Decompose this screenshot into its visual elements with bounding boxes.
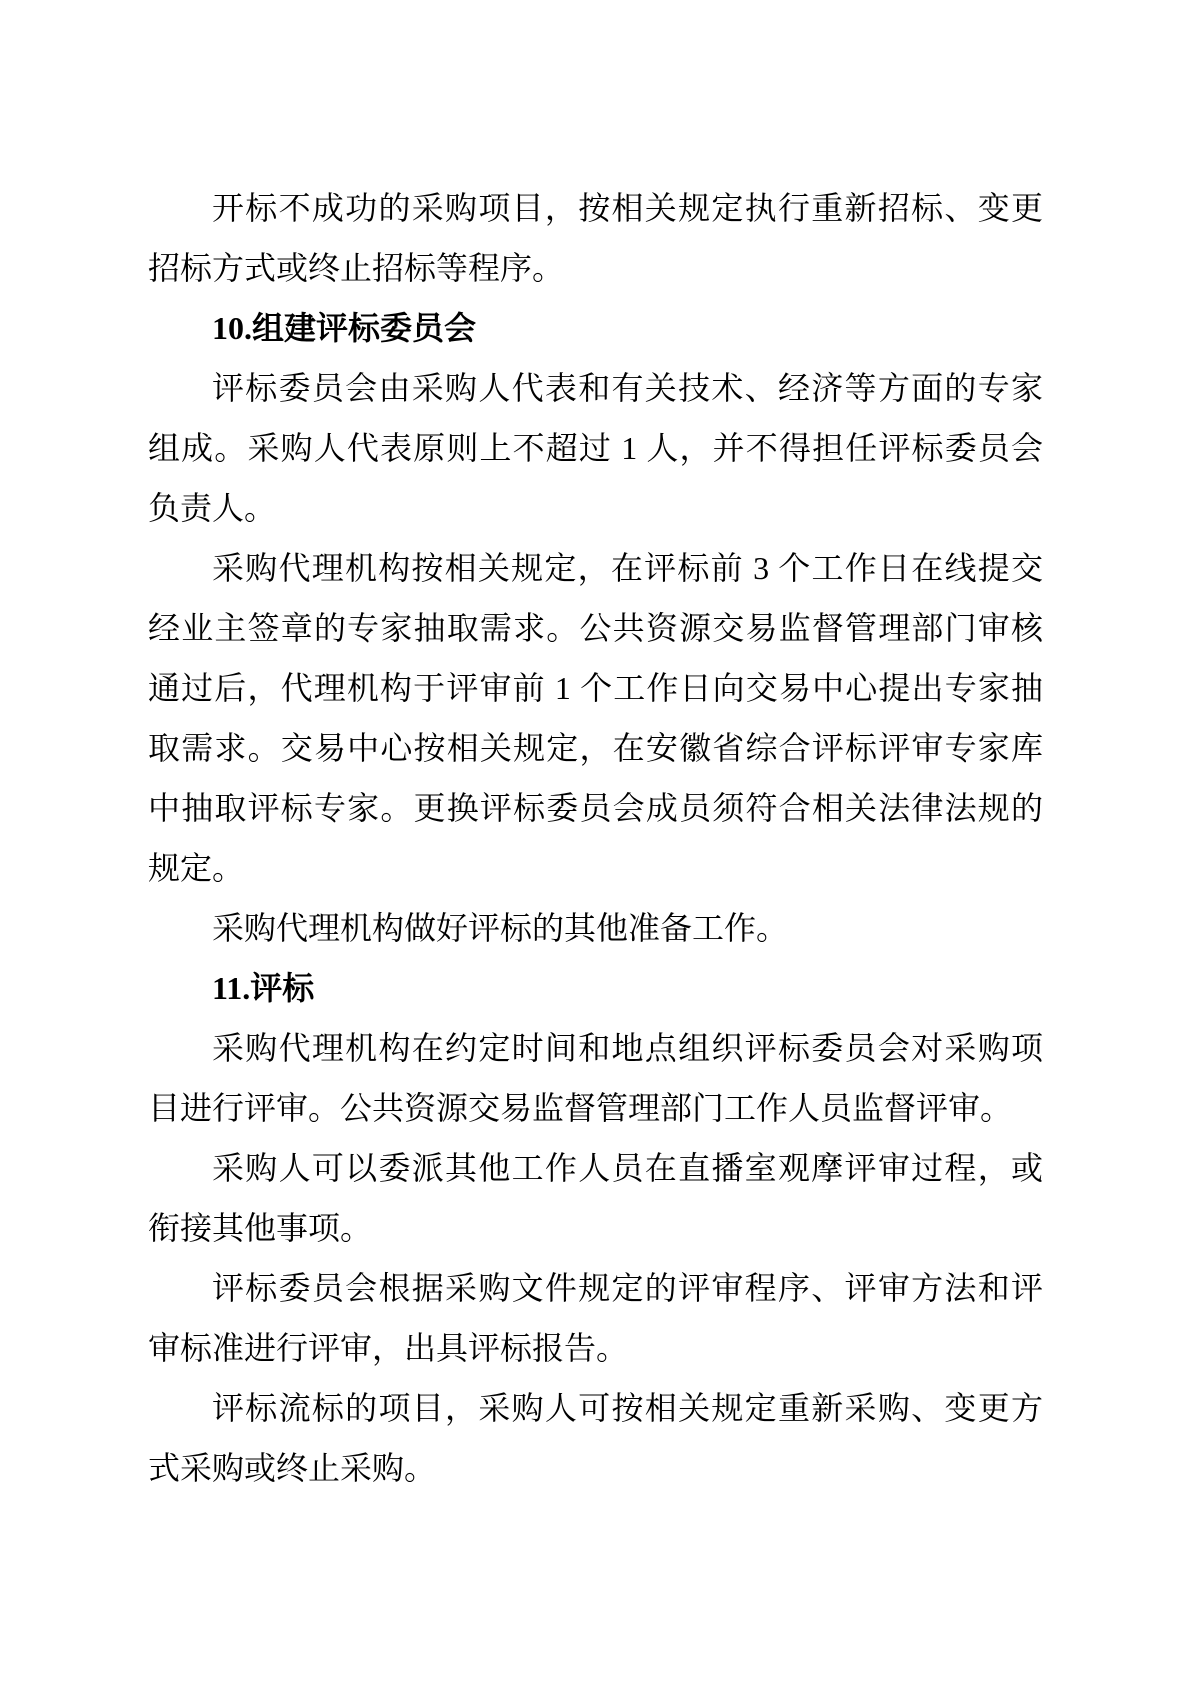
paragraph-failed-evaluation: 评标流标的项目，采购人可按相关规定重新采购、变更方式采购或终止采购。: [148, 1378, 1043, 1498]
paragraph-other-preparation: 采购代理机构做好评标的其他准备工作。: [148, 898, 1043, 958]
paragraph-committee-composition: 评标委员会由采购人代表和有关技术、经济等方面的专家组成。采购人代表原则上不超过 …: [148, 358, 1043, 538]
paragraph-evaluation-organization: 采购代理机构在约定时间和地点组织评标委员会对采购项目进行评审。公共资源交易监督管…: [148, 1018, 1043, 1138]
document-body: 开标不成功的采购项目，按相关规定执行重新招标、变更招标方式或终止招标等程序。 1…: [148, 178, 1043, 1498]
paragraph-rebid-procedure: 开标不成功的采购项目，按相关规定执行重新招标、变更招标方式或终止招标等程序。: [148, 178, 1043, 298]
section-heading-10-form-committee: 10.组建评标委员会: [148, 298, 1043, 358]
paragraph-observer-delegation: 采购人可以委派其他工作人员在直播室观摩评审过程，或衔接其他事项。: [148, 1138, 1043, 1258]
paragraph-evaluation-report: 评标委员会根据采购文件规定的评审程序、评审方法和评审标准进行评审，出具评标报告。: [148, 1258, 1043, 1378]
section-heading-11-evaluation: 11.评标: [148, 958, 1043, 1018]
paragraph-expert-extraction: 采购代理机构按相关规定，在评标前 3 个工作日在线提交经业主签章的专家抽取需求。…: [148, 538, 1043, 898]
document-page: 开标不成功的采购项目，按相关规定执行重新招标、变更招标方式或终止招标等程序。 1…: [0, 0, 1190, 1683]
